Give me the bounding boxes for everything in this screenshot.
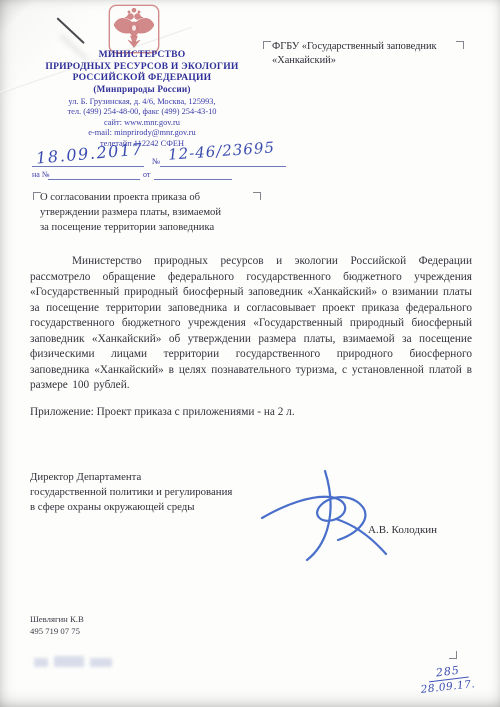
subject-line: О согласовании проекта приказа об: [40, 191, 260, 206]
executor-name: Шевлягин К.В: [30, 614, 84, 626]
coat-of-arms-icon: [108, 4, 160, 54]
signature-scribble: [258, 468, 390, 564]
signer-name: А.В. Колодкин: [368, 524, 437, 536]
number-sign-label: №: [152, 156, 160, 166]
corner-mark-recipient-left: [263, 41, 271, 49]
signer-position-line: в сфере охраны окружающей среды: [30, 500, 292, 515]
scanned-letter-page: МИНИСТЕРСТВО ПРИРОДНЫХ РЕСУРСОВ И ЭКОЛОГ…: [0, 0, 500, 707]
signer-position-block: Директор Департамента государственной по…: [30, 470, 292, 515]
incoming-number-label: на №: [32, 170, 49, 179]
address-line: e-mail: minprirody@mnr.gov.ru: [28, 128, 256, 138]
incoming-number-underline: [48, 179, 140, 180]
signer-position-line: Директор Департамента: [30, 470, 292, 485]
recipient-line: «Ханкайский»: [272, 54, 462, 68]
ministry-name-line: МИНИСТЕРСТВО: [28, 49, 256, 61]
faint-stamp-mark: [30, 652, 125, 678]
address-line: тел. (499) 254-48-00, факс (499) 254-43-…: [28, 107, 256, 117]
address-line: ул. Б. Грузинская, д. 4/6, Москва, 12599…: [28, 97, 256, 107]
ministry-name-line: ПРИРОДНЫХ РЕСУРСОВ И ЭКОЛОГИИ: [28, 61, 256, 73]
ministry-short-name: (Минприроды России): [28, 84, 256, 96]
incoming-date-label: от: [143, 170, 150, 179]
executor-phone: 495 719 07 75: [30, 626, 84, 638]
registration-block: 285 28.09.17.: [408, 660, 488, 693]
recipient-line: ФГБУ «Государственный заповедник: [272, 40, 462, 54]
registration-date: 28.09.17.: [408, 677, 489, 697]
staple-mark: [56, 17, 85, 44]
date-underline: [32, 166, 144, 167]
ministry-name-line: РОССИЙСКОЙ ФЕДЕРАЦИИ: [28, 72, 256, 84]
signer-position-line: государственной политики и регулирования: [30, 485, 292, 500]
recipient-block: ФГБУ «Государственный заповедник «Ханкай…: [272, 40, 462, 67]
subject-block: О согласовании проекта приказа об утверж…: [40, 191, 260, 235]
subject-line: за посещение территории заповедника: [40, 221, 260, 236]
executor-block: Шевлягин К.В 495 719 07 75: [30, 614, 84, 637]
corner-mark-bottom-right: [449, 651, 457, 659]
ministry-name-block: МИНИСТЕРСТВО ПРИРОДНЫХ РЕСУРСОВ И ЭКОЛОГ…: [28, 49, 256, 96]
number-underline: [160, 166, 286, 167]
body-paragraph: Министерство природных ресурсов и эколог…: [30, 254, 472, 394]
address-line: сайт: www.mnr.gov.ru: [28, 118, 256, 128]
subject-line: утверждении размера платы, взимаемой: [40, 206, 260, 221]
attachment-line: Приложение: Проект приказа с приложениям…: [30, 406, 472, 418]
incoming-date-underline: [154, 179, 232, 180]
